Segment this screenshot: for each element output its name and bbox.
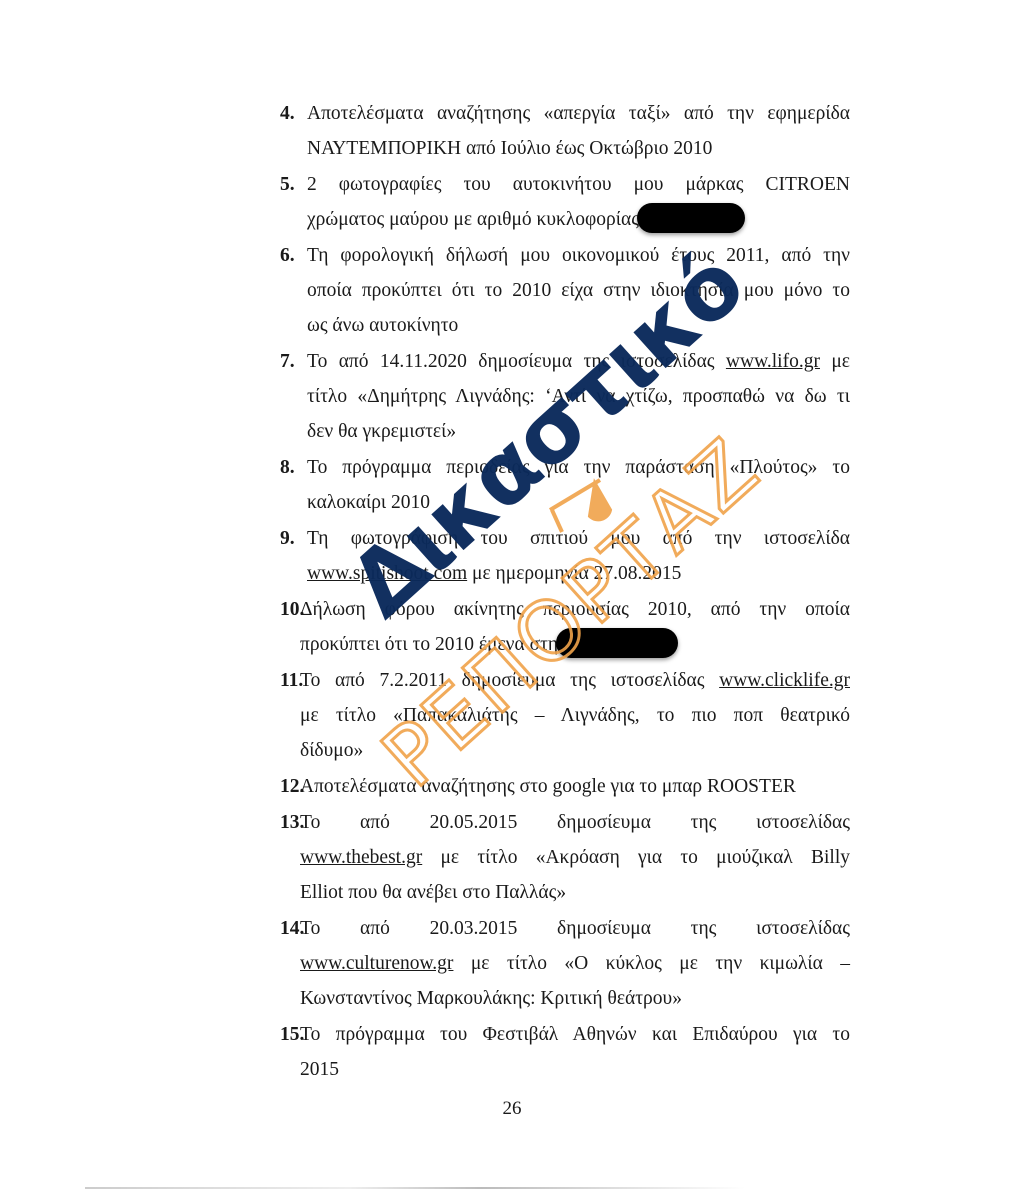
- item-text: Τη φορολογική δήλωσή μου οικονομικού έτο…: [307, 238, 850, 273]
- item-text: Δήλωση φόρου ακίνητης περιουσίας 2010, α…: [300, 592, 850, 627]
- item-text: Το από 14.11.2020 δημοσίευμα της ιστοσελ…: [307, 344, 850, 379]
- item-text: www.culturenow.gr με τίτλο «Ο κύκλος με …: [300, 946, 850, 981]
- link-thebest[interactable]: www.thebest.gr: [300, 847, 422, 868]
- item-text: www.thebest.gr με τίτλο «Ακρόαση για το …: [300, 840, 850, 875]
- list-item-8: 8. Το πρόγραμμα περιοδείας για την παράσ…: [280, 450, 850, 520]
- item-text: Αποτελέσματα αναζήτησης στο google για τ…: [300, 769, 850, 804]
- item-number: 8.: [280, 450, 295, 485]
- redaction-mark: [637, 203, 745, 233]
- item-text: Το από 20.03.2015 δημοσίευμα της ιστοσελ…: [300, 911, 850, 946]
- item-text: Κωνσταντίνος Μαρκουλάκης: Κριτική θεάτρο…: [300, 981, 850, 1016]
- item-text: με τίτλο «Παπακαλιάτης – Λιγνάδης, το πι…: [300, 698, 850, 733]
- scan-artifact: [85, 1187, 745, 1189]
- item-number: 4.: [280, 96, 295, 131]
- item-text: Το πρόγραμμα περιοδείας για την παράστασ…: [307, 450, 850, 485]
- item-text: τίτλο «Δημήτρης Λιγνάδης: ‘Αντί να χτίζω…: [307, 379, 850, 414]
- item-number: 10.: [280, 592, 304, 627]
- item-number: 14.: [280, 911, 304, 946]
- redaction-mark: [556, 628, 678, 658]
- link-culturenow[interactable]: www.culturenow.gr: [300, 953, 453, 974]
- item-number: 11.: [280, 663, 303, 698]
- item-text: ΝΑΥΤΕΜΠΟΡΙΚΗ από Ιούλιο έως Οκτώβριο 201…: [307, 131, 850, 166]
- page-number: 26: [0, 1098, 1024, 1120]
- item-text: οποία προκύπτει ότι το 2010 είχα στην ιδ…: [307, 273, 850, 308]
- list-item-7: 7. Το από 14.11.2020 δημοσίευμα της ιστο…: [280, 344, 850, 449]
- item-text: ως άνω αυτοκίνητο: [307, 308, 850, 343]
- item-text: Το πρόγραμμα του Φεστιβάλ Αθηνών και Επι…: [300, 1017, 850, 1052]
- link-lifo[interactable]: www.lifo.gr: [726, 351, 820, 372]
- list-item-15: 15. Το πρόγραμμα του Φεστιβάλ Αθηνών και…: [280, 1017, 850, 1087]
- item-text: καλοκαίρι 2010: [307, 485, 850, 520]
- item-text: Το από 20.05.2015 δημοσίευμα της ιστοσελ…: [300, 805, 850, 840]
- list-item-9: 9. Τη φωτογράφιση του σπιτιού μου από τη…: [280, 521, 850, 591]
- list-item-10: 10. Δήλωση φόρου ακίνητης περιουσίας 201…: [280, 592, 850, 662]
- evidence-list: 4. Αποτελέσματα αναζήτησης «απεργία ταξί…: [280, 96, 850, 1088]
- item-text: www.spitishoot.com με ημερομηνία 27.08.2…: [307, 556, 850, 591]
- list-item-4: 4. Αποτελέσματα αναζήτησης «απεργία ταξί…: [280, 96, 850, 166]
- item-text: 2 φωτογραφίες του αυτοκινήτου μου μάρκας…: [307, 167, 850, 202]
- list-item-5: 5. 2 φωτογραφίες του αυτοκινήτου μου μάρ…: [280, 167, 850, 237]
- item-text: δεν θα γκρεμιστεί»: [307, 414, 850, 449]
- item-number: 6.: [280, 238, 295, 273]
- item-text: 2015: [300, 1052, 850, 1087]
- link-clicklife[interactable]: www.clicklife.gr: [719, 670, 850, 691]
- list-item-14: 14. Το από 20.03.2015 δημοσίευμα της ιστ…: [280, 911, 850, 1016]
- item-text: χρώματος μαύρου με αριθμό κυκλοφορίας: [307, 202, 850, 237]
- item-number: 5.: [280, 167, 295, 202]
- list-item-6: 6. Τη φορολογική δήλωσή μου οικονομικού …: [280, 238, 850, 343]
- item-number: 9.: [280, 521, 295, 556]
- item-text: Αποτελέσματα αναζήτησης «απεργία ταξί» α…: [307, 96, 850, 131]
- item-text: Το από 7.2.2011 δημοσίευμα της ιστοσελίδ…: [300, 663, 850, 698]
- link-spitishoot[interactable]: www.spitishoot.com: [307, 563, 467, 584]
- list-item-13: 13. Το από 20.05.2015 δημοσίευμα της ιστ…: [280, 805, 850, 910]
- item-text: δίδυμο»: [300, 733, 850, 768]
- item-text: Τη φωτογράφιση του σπιτιού μου από την ι…: [307, 521, 850, 556]
- scanned-page: 4. Αποτελέσματα αναζήτησης «απεργία ταξί…: [0, 0, 1024, 1200]
- item-text: προκύπτει ότι το 2010 έμενα στη: [300, 627, 850, 662]
- list-item-11: 11. Το από 7.2.2011 δημοσίευμα της ιστοσ…: [280, 663, 850, 768]
- list-item-12: 12. Αποτελέσματα αναζήτησης στο google γ…: [280, 769, 850, 804]
- item-number: 7.: [280, 344, 295, 379]
- item-number: 13.: [280, 805, 304, 840]
- item-number: 15.: [280, 1017, 304, 1052]
- item-number: 12.: [280, 769, 304, 804]
- item-text: Elliot που θα ανέβει στο Παλλάς»: [300, 875, 850, 910]
